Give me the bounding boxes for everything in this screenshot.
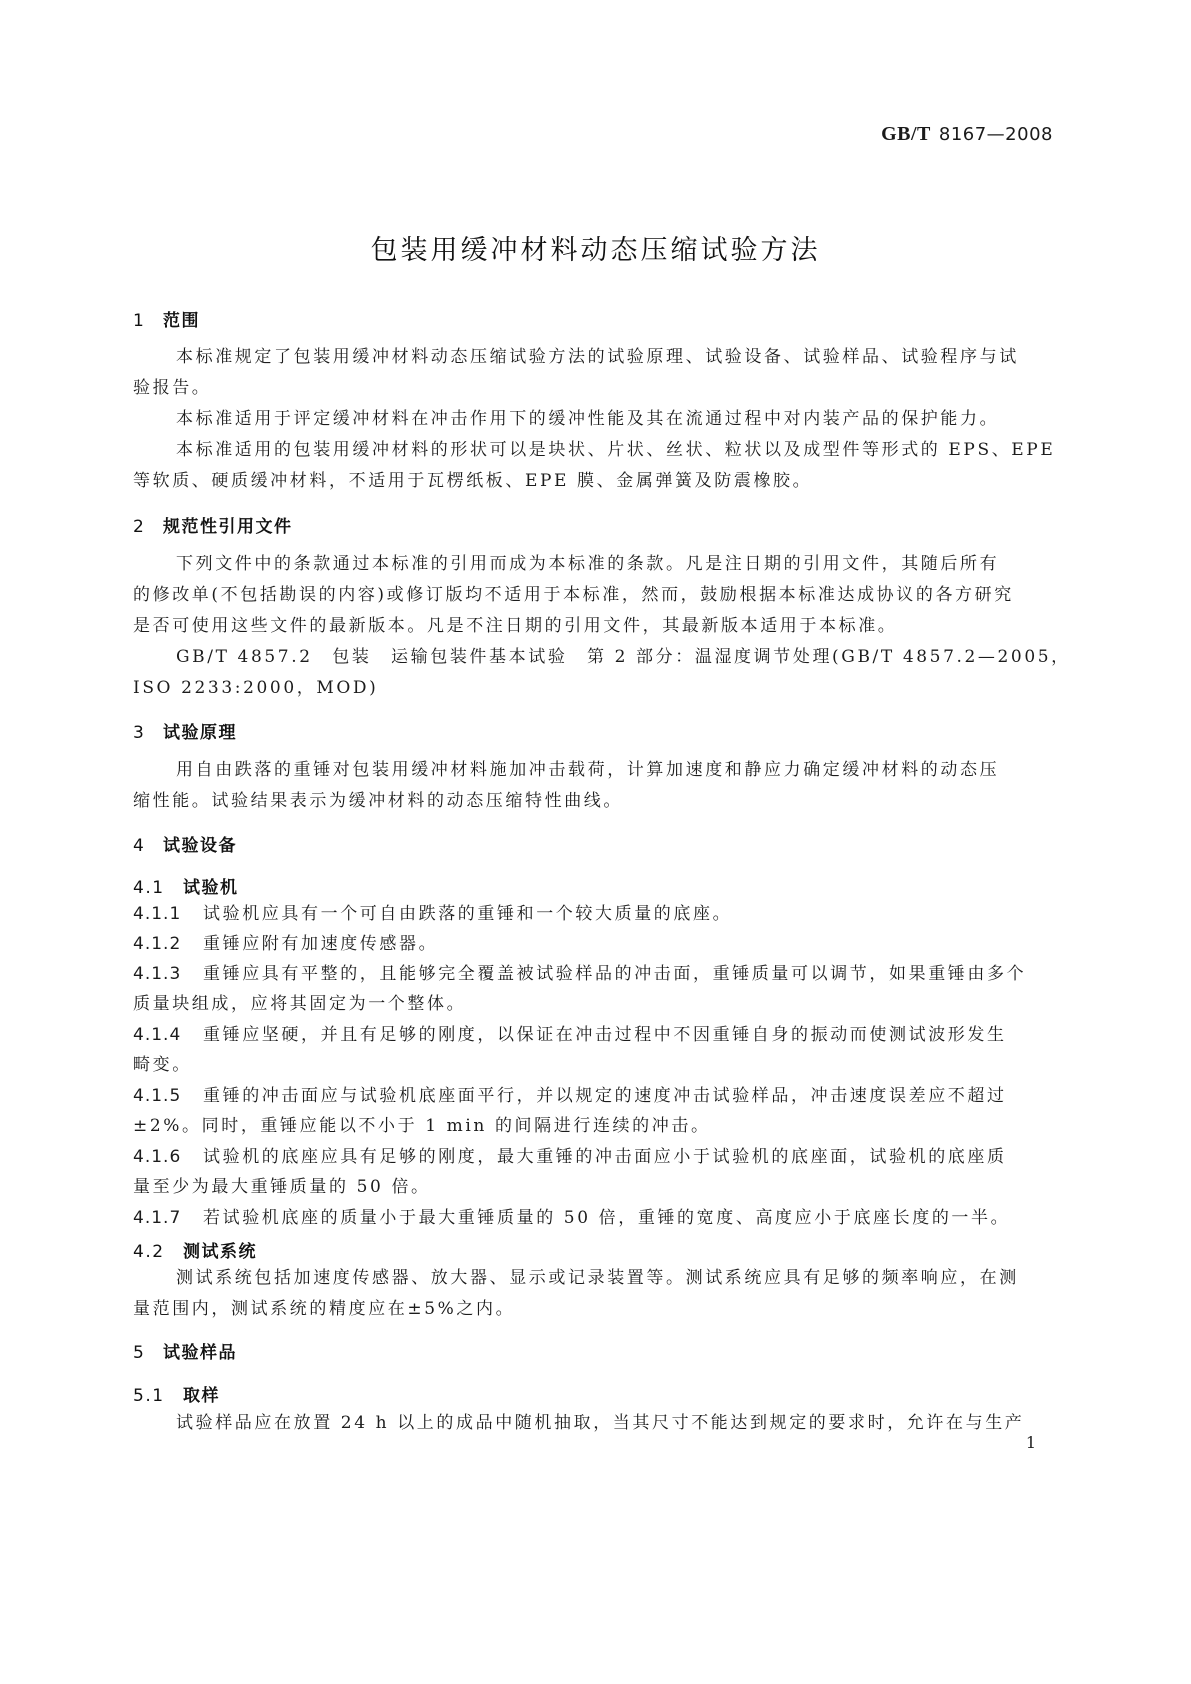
clause-4-1-2: 4.1.2重锤应附有加速度传感器。 <box>133 933 438 955</box>
paragraph-line: 量范围内，测试系统的精度应在±5%之内。 <box>133 1298 515 1320</box>
clause-number: 4.1.1 <box>133 903 203 925</box>
section-number: 2 <box>133 517 163 537</box>
subsection-title: 取样 <box>183 1386 220 1406</box>
section-title: 试验原理 <box>163 723 237 743</box>
document-page: GB/T8167—2008 包装用缓冲材料动态压缩试验方法 1范围 本标准规定了… <box>0 0 1191 1684</box>
paragraph-line: 缩性能。试验结果表示为缓冲材料的动态压缩特性曲线。 <box>133 790 623 812</box>
section-1-heading: 1范围 <box>133 306 200 331</box>
clause-4-1-4-cont: 畸变。 <box>133 1054 192 1076</box>
section-number: 3 <box>133 723 163 743</box>
standard-code: GB/T8167—2008 <box>881 123 1053 146</box>
clause-number: 4.1.2 <box>133 933 203 955</box>
clause-number: 4.1.3 <box>133 963 203 985</box>
paragraph-line: 试验样品应在放置 24 h 以上的成品中随机抽取，当其尺寸不能达到规定的要求时，… <box>176 1412 1024 1434</box>
section-title: 试验样品 <box>163 1343 237 1363</box>
section-number: 5 <box>133 1343 163 1363</box>
document-title: 包装用缓冲材料动态压缩试验方法 <box>0 228 1191 267</box>
clause-text: 重锤应附有加速度传感器。 <box>203 934 438 954</box>
clause-text: 试验机的底座应具有足够的刚度，最大重锤的冲击面应小于试验机的底座面，试验机的底座… <box>203 1147 1007 1167</box>
paragraph-line: 的修改单(不包括勘误的内容)或修订版均不适用于本标准，然而，鼓励根据本标准达成协… <box>133 584 1014 606</box>
clause-number: 4.1.4 <box>133 1024 203 1046</box>
section-title: 规范性引用文件 <box>163 517 293 537</box>
section-5-heading: 5试验样品 <box>133 1338 237 1363</box>
section-number: 4 <box>133 836 163 856</box>
section-3-heading: 3试验原理 <box>133 718 237 743</box>
clause-number: 4.1.6 <box>133 1146 203 1168</box>
normative-reference: GB/T 4857.2 包装 运输包装件基本试验 第 2 部分：温湿度调节处理(… <box>176 646 1071 668</box>
subsection-4-2-heading: 4.2测试系统 <box>133 1237 257 1262</box>
standard-number: 8167—2008 <box>939 124 1053 145</box>
paragraph-line: 等软质、硬质缓冲材料，不适用于瓦楞纸板、EPE 膜、金属弹簧及防震橡胶。 <box>133 470 812 492</box>
subsection-number: 5.1 <box>133 1386 183 1406</box>
section-number: 1 <box>133 311 163 331</box>
subsection-title: 测试系统 <box>183 1242 257 1262</box>
clause-4-1-1: 4.1.1试验机应具有一个可自由跌落的重锤和一个较大质量的底座。 <box>133 903 732 925</box>
section-2-heading: 2规范性引用文件 <box>133 512 293 537</box>
paragraph-line: 是否可使用这些文件的最新版本。凡是不注日期的引用文件，其最新版本适用于本标准。 <box>133 615 897 637</box>
clause-text: 重锤的冲击面应与试验机底座面平行，并以规定的速度冲击试验样品，冲击速度误差应不超… <box>203 1086 1007 1106</box>
clause-4-1-7: 4.1.7若试验机底座的质量小于最大重锤质量的 50 倍，重锤的宽度、高度应小于… <box>133 1207 1010 1229</box>
clause-text: 若试验机底座的质量小于最大重锤质量的 50 倍，重锤的宽度、高度应小于底座长度的… <box>203 1208 1010 1228</box>
subsection-5-1-heading: 5.1取样 <box>133 1381 220 1406</box>
subsection-title: 试验机 <box>183 878 239 898</box>
clause-4-1-6: 4.1.6试验机的底座应具有足够的刚度，最大重锤的冲击面应小于试验机的底座面，试… <box>133 1146 1007 1168</box>
paragraph-line: 验报告。 <box>133 377 211 399</box>
paragraph-line: 用自由跌落的重锤对包装用缓冲材料施加冲击载荷，计算加速度和静应力确定缓冲材料的动… <box>176 759 999 781</box>
clause-4-1-4: 4.1.4重锤应坚硬，并且有足够的刚度，以保证在冲击过程中不因重锤自身的振动而使… <box>133 1024 1007 1046</box>
clause-4-1-5-cont: ±2%。同时，重锤应能以不小于 1 min 的间隔进行连续的冲击。 <box>133 1115 711 1137</box>
subsection-number: 4.2 <box>133 1242 183 1262</box>
paragraph-line: 下列文件中的条款通过本标准的引用而成为本标准的条款。凡是注日期的引用文件，其随后… <box>176 553 999 575</box>
clause-text: 重锤应坚硬，并且有足够的刚度，以保证在冲击过程中不因重锤自身的振动而使测试波形发… <box>203 1025 1007 1045</box>
clause-text: 重锤应具有平整的，且能够完全覆盖被试验样品的冲击面，重锤质量可以调节，如果重锤由… <box>203 964 1026 984</box>
clause-text: 试验机应具有一个可自由跌落的重锤和一个较大质量的底座。 <box>203 904 732 924</box>
subsection-number: 4.1 <box>133 878 183 898</box>
section-4-heading: 4试验设备 <box>133 831 237 856</box>
standard-prefix: GB/T <box>881 123 931 145</box>
clause-number: 4.1.7 <box>133 1207 203 1229</box>
paragraph-line: 本标准规定了包装用缓冲材料动态压缩试验方法的试验原理、试验设备、试验样品、试验程… <box>176 346 1019 368</box>
section-title: 范围 <box>163 311 200 331</box>
subsection-4-1-heading: 4.1试验机 <box>133 873 239 898</box>
section-title: 试验设备 <box>163 836 237 856</box>
clause-number: 4.1.5 <box>133 1085 203 1107</box>
paragraph-line: 本标准适用于评定缓冲材料在冲击作用下的缓冲性能及其在流通过程中对内装产品的保护能… <box>176 408 999 430</box>
clause-4-1-5: 4.1.5重锤的冲击面应与试验机底座面平行，并以规定的速度冲击试验样品，冲击速度… <box>133 1085 1007 1107</box>
paragraph-line: 测试系统包括加速度传感器、放大器、显示或记录装置等。测试系统应具有足够的频率响应… <box>176 1267 1019 1289</box>
paragraph-line: 本标准适用的包装用缓冲材料的形状可以是块状、片状、丝状、粒状以及成型件等形式的 … <box>176 439 1055 461</box>
normative-reference-cont: ISO 2233:2000，MOD) <box>133 677 378 699</box>
clause-4-1-6-cont: 量至少为最大重锤质量的 50 倍。 <box>133 1176 431 1198</box>
clause-4-1-3: 4.1.3重锤应具有平整的，且能够完全覆盖被试验样品的冲击面，重锤质量可以调节，… <box>133 963 1026 985</box>
page-number: 1 <box>1026 1433 1036 1452</box>
clause-4-1-3-cont: 质量块组成，应将其固定为一个整体。 <box>133 993 466 1015</box>
